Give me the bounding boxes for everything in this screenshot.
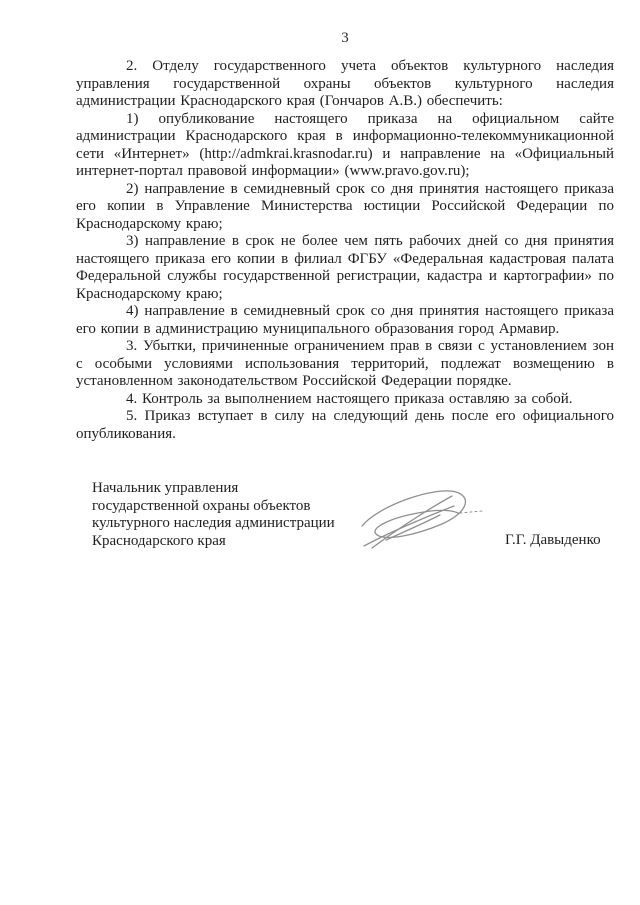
paragraph-subitem-3: 3) направление в срок не более чем пять …	[76, 233, 614, 303]
paragraph-item-2-intro: 2. Отделу государственного учета объекто…	[76, 58, 614, 111]
paragraph-item-4: 4. Контроль за выполнением настоящего пр…	[76, 391, 614, 409]
paragraph-subitem-2: 2) направление в семидневный срок со дня…	[76, 181, 614, 234]
page-number: 3	[76, 30, 614, 47]
paragraph-item-3: 3. Убытки, причиненные ограничением прав…	[76, 338, 614, 391]
document-body: 2. Отделу государственного учета объекто…	[76, 58, 614, 443]
signatory-position-line: Краснодарского края	[92, 533, 362, 551]
document-page: 3 2. Отделу государственного учета объек…	[0, 0, 640, 905]
signatory-name: Г.Г. Давыденко	[505, 532, 601, 549]
signatory-position: Начальник управления государственной охр…	[92, 480, 362, 550]
paragraph-subitem-1: 1) опубликование настоящего приказа на о…	[76, 111, 614, 181]
handwritten-signature-icon	[356, 482, 484, 552]
signatory-position-line: Начальник управления	[92, 480, 362, 498]
signatory-position-line: государственной охраны объектов	[92, 498, 362, 516]
paragraph-subitem-4: 4) направление в семидневный срок со дня…	[76, 303, 614, 338]
paragraph-item-5: 5. Приказ вступает в силу на следующий д…	[76, 408, 614, 443]
signatory-position-line: культурного наследия администрации	[92, 515, 362, 533]
